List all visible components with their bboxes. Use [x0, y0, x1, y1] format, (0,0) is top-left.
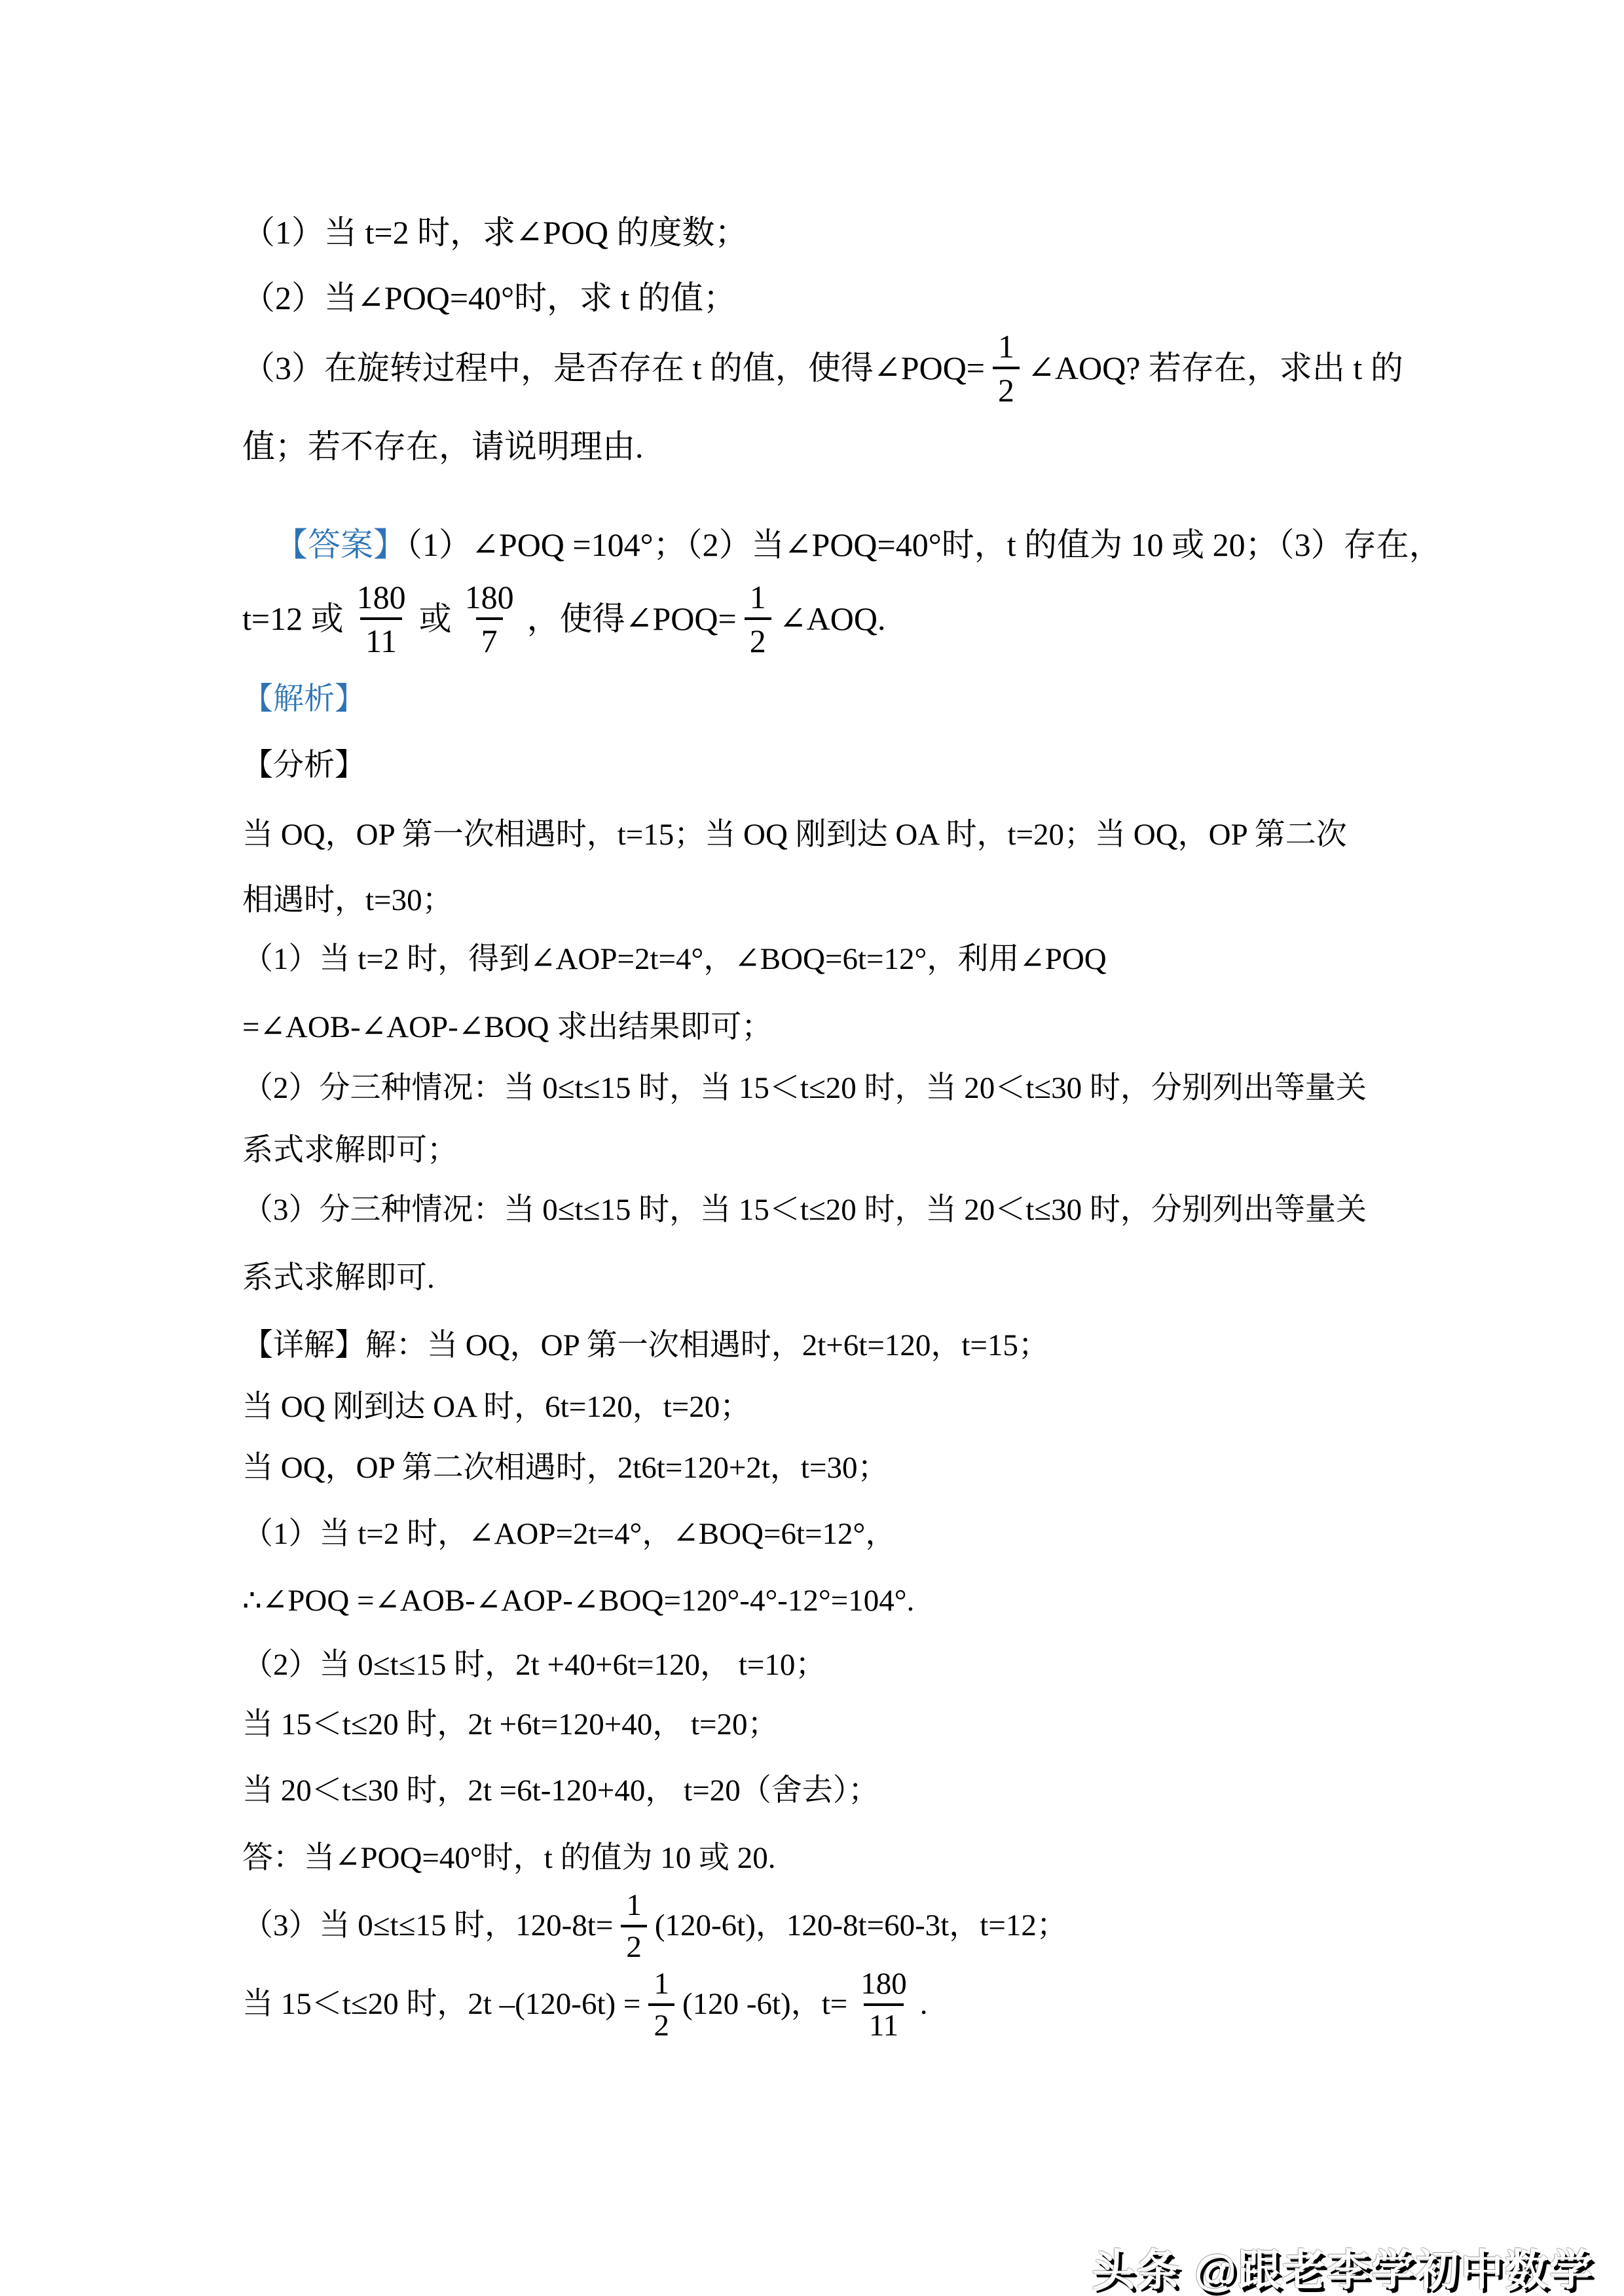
answer-line2-seg4: ∠AOQ. — [779, 601, 886, 637]
detail-line-7: 当 15＜t≤20 时，2t +6t=120+40， t=20； — [242, 1708, 779, 1742]
toutiao-watermark: 头条 @跟老李学初中数学 — [1092, 2235, 1594, 2296]
fraction-180-7: 180 7 — [460, 581, 519, 657]
fraction-denominator: 2 — [621, 1925, 647, 1963]
fraction-denominator: 7 — [476, 617, 503, 657]
question-3-text-before-fraction: （3）在旋转过程中，是否存在 t 的值，使得∠POQ= — [242, 350, 985, 386]
analysis-line-1: 当 OQ，OP 第一次相遇时，t=15；当 OQ 刚到达 OA 时，t=20；当… — [242, 818, 1347, 852]
fraction-denominator: 2 — [745, 617, 771, 657]
fraction-numerator: 1 — [993, 330, 1020, 367]
detail-line-4: （1）当 t=2 时，∠AOP=2t=4°，∠BOQ=6t=12°， — [242, 1518, 896, 1552]
fraction-numerator: 180 — [855, 1969, 912, 2003]
detail-line-11: 当 15＜t≤20 时，2t –(120-6t) = 1 2 (120 -6t)… — [242, 1962, 928, 2047]
analysis-line-4: =∠AOB-∠AOP-∠BOQ 求出结果即可； — [242, 1011, 772, 1045]
analysis-line-7: （3）分三种情况：当 0≤t≤15 时，当 15＜t≤20 时，当 20＜t≤3… — [242, 1194, 1367, 1228]
fraction-numerator: 1 — [745, 581, 771, 617]
document-page: （1）当 t=2 时，求∠POQ 的度数； （2）当∠POQ=40°时，求 t … — [0, 0, 1624, 2296]
detail-line-11-text-middle: (120 -6t)，t= — [682, 1988, 847, 2022]
analysis-line-6: 系式求解即可； — [242, 1134, 458, 1168]
question-item-1: （1）当 t=2 时，求∠POQ 的度数； — [242, 215, 748, 251]
detail-line-8: 当 20＜t≤30 时，2t =6t-120+40， t=20（舍去）； — [242, 1774, 879, 1808]
fraction-numerator: 1 — [648, 1969, 674, 2003]
fenxi-section-label: 【分析】 — [242, 749, 365, 783]
fraction-one-half: 1 2 — [993, 330, 1020, 407]
analysis-line-5: （2）分三种情况：当 0≤t≤15 时，当 15＜t≤20 时，当 20＜t≤3… — [242, 1072, 1367, 1106]
question-item-2: （2）当∠POQ=40°时，求 t 的值； — [242, 280, 736, 316]
detail-line-1: 【详解】解：当 OQ，OP 第一次相遇时，2t+6t=120，t=15； — [242, 1329, 1049, 1363]
detail-line-10-text-before-fraction: （3）当 0≤t≤15 时，120-8t= — [242, 1909, 613, 1943]
fraction-denominator: 11 — [864, 2003, 904, 2041]
analysis-line-3: （1）当 t=2 时，得到∠AOP=2t=4°，∠BOQ=6t=12°，利用∠P… — [242, 943, 1107, 977]
fraction-denominator: 2 — [993, 367, 1020, 407]
fraction-180-11: 180 11 — [855, 1969, 912, 2041]
analysis-line-2: 相遇时，t=30； — [242, 884, 453, 918]
detail-line-3: 当 OQ，OP 第二次相遇时，2t6t=120+2t，t=30； — [242, 1451, 888, 1485]
detail-line-5: ∴∠POQ =∠AOB-∠AOP-∠BOQ=120°-4°-12°=104°. — [242, 1584, 914, 1618]
fraction-denominator: 11 — [360, 617, 402, 657]
detail-line-11-text-before-fraction: 当 15＜t≤20 时，2t –(120-6t) = — [242, 1988, 640, 2022]
answer-line2-seg3: ，使得∠POQ= — [527, 601, 737, 637]
fraction-numerator: 180 — [352, 581, 411, 617]
detail-line-10: （3）当 0≤t≤15 时，120-8t= 1 2 (120-6t)，120-8… — [242, 1884, 1067, 1969]
detail-line-9: 答：当∠POQ=40°时，t 的值为 10 或 20. — [242, 1842, 776, 1876]
answer-text: （1）∠POQ =104°；（2）当∠POQ=40°时，t 的值为 10 或 2… — [406, 526, 1442, 563]
fraction-numerator: 180 — [460, 581, 519, 617]
fraction-numerator: 1 — [621, 1890, 647, 1925]
answer-label: 【答案】 — [275, 526, 406, 563]
fraction-one-half: 1 2 — [648, 1969, 674, 2041]
detail-line-2: 当 OQ 刚到达 OA 时，6t=120，t=20； — [242, 1391, 750, 1425]
fraction-one-half: 1 2 — [621, 1890, 647, 1963]
answer-line2-seg2: 或 — [419, 601, 452, 637]
fraction-one-half: 1 2 — [745, 581, 771, 657]
detail-line-6: （2）当 0≤t≤15 时，2t +40+6t=120， t=10； — [242, 1649, 826, 1683]
fraction-denominator: 2 — [648, 2003, 674, 2041]
jiexi-section-label: 【解析】 — [242, 683, 365, 717]
detail-line-11-text-end: . — [920, 1988, 928, 2022]
question-item-3: （3）在旋转过程中，是否存在 t 的值，使得∠POQ= 1 2 ∠AOQ? 若存… — [242, 325, 1403, 410]
answer-line2-seg1: t=12 或 — [242, 601, 344, 637]
analysis-line-8: 系式求解即可. — [242, 1262, 435, 1296]
question-item-3-continuation: 值；若不存在，请说明理由. — [242, 429, 644, 465]
answer-fraction-line: t=12 或 180 11 或 180 7 ，使得∠POQ= 1 2 ∠AOQ. — [242, 576, 885, 661]
question-3-text-after-fraction: ∠AOQ? 若存在，求出 t 的 — [1027, 350, 1403, 386]
fraction-180-11: 180 11 — [352, 581, 411, 657]
detail-line-10-text-after-fraction: (120-6t)，120-8t=60-3t，t=12； — [655, 1909, 1067, 1943]
